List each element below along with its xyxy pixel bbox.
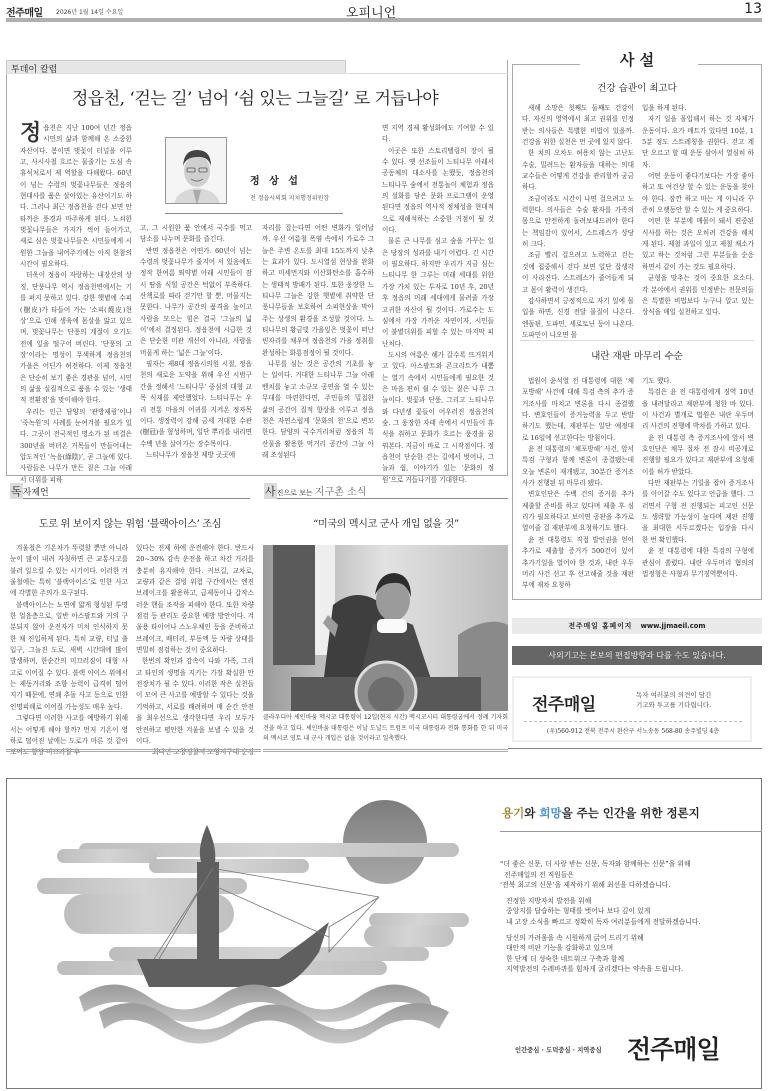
today-column-col1: 정읍천은 지난 100여 년간 정읍 시민의 삶과 함께해 온 소중한 자산이다…	[20, 123, 132, 486]
divider	[6, 73, 508, 74]
editorial-2-col2: 기도 했다. 특검은 윤 전 대통령에게 징역 10년을 내려달라고 재판부에 …	[642, 376, 754, 580]
section-title: 오피니언	[346, 2, 396, 21]
author-rule	[165, 213, 343, 214]
contrib-text-line: 기고와 투고를 기다립니다.	[636, 700, 711, 710]
ad-logo: 전주매일	[627, 1030, 720, 1066]
divider	[263, 749, 508, 752]
paragraph: 어떤 운동이 좋다기보다는 가장 좋아하고 또 여건상 할 수 있는 운동을 찾…	[642, 171, 754, 216]
ad-line: 지역발전의 수레바퀴를 힘차게 굴리겠다는 약속을 드립니다.	[500, 964, 762, 975]
label-rest: 자제언	[23, 488, 49, 498]
ad-line: 당신의 가려움을 속 시원하게 긁어 드리기 위해	[500, 933, 762, 944]
paragraph: 블랙아이스는 노면에 얇게 형성된 투명한 얼음층으로, 일반 아스팔트와 거의…	[10, 600, 128, 713]
editorial-1-col2: 입을 하게 된다. 자기 일을 몰입해서 하는 것 자체가 운동이다. 요가 매…	[642, 103, 754, 319]
paragraph: 윤 전 대통령에 대한 특검의 구형에 관심이 쏠렸다. 내란 우두머리 혐의의…	[642, 546, 754, 580]
paragraph: 읍천은 지난 100여 년간 정읍 시민의 삶과 함께해 온 소중한 자산이다.…	[20, 124, 132, 268]
paragraph: 감사하면서 긍정적으로 자기 일에 몰입을 하면, 신경 전달 물질이 나온다.…	[522, 296, 634, 341]
paragraph: 있다는 전제 하에 운전해야 한다. 반드시 20~30% 감속 운전을 하고 …	[136, 543, 254, 656]
editorial-1-col1: 새해 소망은 첫째도 둘째도 건강이다. 자신의 영역에서 최고 권위를 인정받…	[522, 103, 634, 341]
paragraph: 조금이라도 시간이 나면 걸으려고 노력한다. 의사들은 수술 환자를 가족의 …	[522, 194, 634, 251]
contrib-text-line: 독자 여러분의 의견이 담긴	[636, 690, 711, 700]
paragraph: 도시의 여름은 해가 갈수록 뜨거워지고 있다. 아스팔트와 콘크리트가 내뿜는…	[382, 350, 494, 486]
ad-line: 중앙지를 답습하는 형태를 벗어나 보다 깊이 있게	[500, 906, 762, 917]
paragraph: 겨울철은 기온차가 뚜렷할 뿐만 아니라 눈이 많이 내려 자칫하면 큰 교통사…	[10, 543, 128, 600]
editorial-title-2: 내란 재판 마무리 수순	[512, 348, 762, 362]
author-portrait-icon	[166, 138, 227, 204]
issue-date: 2026년 1월 14일 수요일	[56, 7, 123, 16]
divider	[500, 831, 762, 832]
label-initial: 사	[264, 483, 277, 499]
reader-column-title: 도로 위 보이지 않는 위험 ‘블랙아이스’ 조심	[10, 515, 250, 530]
ad-line: 대안적 비판 기능을 강화하고 있으며	[500, 943, 762, 954]
paragraph: 필자는 제8대 정읍시의원 시절, 정읍천의 새로운 도약을 위해 우선 시범구…	[140, 359, 252, 450]
paragraph: 반면 정읍천은 어떤가. 60년이 넘는 수령의 벚꽃나무가 줄지어 서 있음에…	[140, 246, 252, 359]
paragraph: 자리를 잡는다면 어떤 변화가 일어날까. 우선 여름철 폭염 속에서 가로수 …	[262, 223, 374, 359]
photo-caption: 클라우디아 셰인바움 멕시코 대통령이 12일(현지 시간) 멕시코시티 대통령…	[263, 713, 508, 745]
contrib-logo: 전주매일	[532, 690, 596, 715]
today-column-col4: 면 지역 경제 활성화에도 기여할 수 있다. 이곳은 또한 스토리텔링의 장이…	[382, 123, 494, 486]
sailboat-illustration-icon	[29, 797, 479, 1047]
page-number: 13	[744, 1, 762, 17]
ad-headline-courage: 용기	[502, 806, 524, 820]
paragraph: 한번의 확인과 감속이 나와 가족, 그리고 타인의 생명을 지키는 가장 확실…	[136, 656, 254, 747]
paragraph: 더욱이 정읍이 자랑하는 내장산의 상징, 단풍나무 역시 정읍천변에서는 기를…	[20, 270, 132, 406]
photo-news-label: 사진으로 보는 지구촌 소식	[264, 483, 508, 499]
ad-headline-part: 와	[524, 806, 539, 820]
homepage-name: 전주매일 홈페이지	[568, 622, 632, 630]
paragraph: 느티나무가 정읍천 제방 곳곳에	[140, 450, 252, 461]
page-header: 전주매일 2026년 1월 14일 수요일 오피니언 13	[6, 0, 762, 22]
paragraph: 법원이 윤석열 전 대통령에 대한 ‘체포방해’ 사건에 대해 특검 측의 추가…	[522, 376, 634, 444]
disclaimer-banner: 사외기고는 본보의 편집방향과 다를 수도 있습니다.	[512, 646, 762, 665]
paragraph: 어떤 한 부분에 매몰이 돼서 편중된 식사를 하는 것은 오히려 건강을 해치…	[642, 216, 754, 273]
news-photo	[263, 545, 508, 711]
dropcap: 정	[20, 123, 41, 143]
paragraph: 자기 일을 몰입해서 하는 것 자체가 운동이다. 요가 매트가 있다면 10분…	[642, 114, 754, 171]
ad-line: “더 좋은 신문, 더 사랑 받는 신문, 독자와 함께하는 신문”을 위해	[500, 859, 762, 870]
label-rest: 지구촌 소식	[315, 487, 366, 498]
paragraph: 면 지역 경제 활성화에도 기여할 수 있다.	[382, 123, 494, 146]
paragraph: 기도 했다.	[642, 376, 754, 387]
author-name: 정 상 섭	[250, 172, 301, 187]
label-mid: 진으로 보는	[277, 489, 315, 497]
ad-body: “더 좋은 신문, 더 사랑 받는 신문, 독자와 함께하는 신문”을 위해 전…	[500, 859, 762, 975]
contrib-text: 독자 여러분의 의견이 담긴 기고와 투고를 기다립니다.	[636, 690, 711, 710]
paragraph: 새해 소망은 첫째도 둘째도 건강이다. 자신의 영역에서 최고 권위를 인정받…	[522, 103, 634, 148]
president-at-podium-photo-icon	[263, 545, 508, 711]
paragraph: 물론 큰 나무를 심고 숲을 가꾸는 일은 당장의 성과를 내기 어렵다. 긴 …	[382, 236, 494, 349]
paragraph: 한 치의 오차도 허용치 않는 고난도 수술, 밀려드는 환자들을 대하는 의대…	[522, 148, 634, 193]
ad-headline-part: 을 주는 인간을 위한 정론지	[562, 806, 700, 820]
masthead-logo: 전주매일	[6, 4, 43, 19]
ad-line: ‘전북 최고의 신문’을 제작하기 위해 최선을 다하겠습니다.	[500, 880, 762, 891]
paragraph: 균형을 맞추는 것이 중요한 요소다. 각 분야에서 권위를 인정받는 전문의들…	[642, 273, 754, 318]
ad-headline-hope: 희망	[539, 806, 561, 820]
paragraph: 변호인단은 수백 건의 증거를 추가 제출할 준비를 하고 있다며 제출 후 심…	[522, 489, 634, 534]
ad-slogan: 인간중심 · 도덕중심 · 지역중심	[515, 1045, 602, 1054]
paragraph: 나무를 심는 것은 공간의 기초를 놓는 일이다. 거대한 느티나무 그늘 아래…	[262, 359, 374, 461]
homepage-url-link[interactable]: www.jjmaeil.com	[641, 622, 706, 630]
editorial-heading: 사 설	[512, 49, 762, 70]
author-title: 전 정읍시의회 지치행정위원장	[250, 193, 329, 202]
divider	[520, 340, 754, 341]
editorial-title-1: 건강 습관이 최고다	[512, 80, 762, 94]
ad-line: 한 단계 더 성숙한 네트워크 구축과 함께	[500, 954, 762, 965]
today-column-tab: 투데이 칼럼	[6, 60, 346, 74]
reader-column-label: 독자제언	[10, 483, 250, 499]
ad-line: 전주매일의 전 직원들은	[500, 870, 762, 881]
paragraph: 다만 재판부는 기일을 잡아 증거조사를 이어갈 수도 있다고 언급을 했다. …	[642, 478, 754, 546]
paragraph: 윤 전 대통령의 ‘체포방해’ 사건, 앞서 특검 구형과 함께 변론이 종결됐…	[522, 444, 634, 489]
paragraph: 이곳은 또한 스토리텔링의 장이 될 수 있다. 옛 선조들이 느티나무 아래서…	[382, 146, 494, 237]
divider	[508, 748, 762, 749]
reader-column-col1: 겨울철은 기온차가 뚜렷할 뿐만 아니라 눈이 많이 내려 자칫하면 큰 교통사…	[10, 543, 128, 759]
contribution-box: 전주매일 독자 여러분의 의견이 담긴 기고와 투고를 기다립니다. (우)56…	[512, 676, 752, 742]
paragraph: 입을 하게 된다.	[642, 103, 754, 114]
paragraph: 우리는 인근 담양의 ‘관방제림’이나 ‘죽녹원’의 사례를 눈여겨볼 필요가 …	[20, 407, 132, 486]
homepage-box[interactable]: 전주매일 홈페이지 www.jjmaeil.com	[512, 618, 762, 634]
divider	[524, 721, 742, 722]
contrib-address: (우)560-912 전북 전주시 완산구 서노송동 568-80 송주빌딩 4…	[522, 726, 744, 735]
paragraph: 고, 그 시원한 품 안에서 국수를 먹고 담소를 나누며 문화를 즐긴다.	[140, 223, 252, 246]
today-column-col2: 고, 그 시원한 품 안에서 국수를 먹고 담소를 나누며 문화를 즐긴다. 반…	[140, 223, 252, 461]
today-column-col3: 자리를 잡는다면 어떤 변화가 일어날까. 우선 여름철 폭염 속에서 가로수 …	[262, 223, 374, 461]
photo-news-title: “미국의 멕시코 군사 개입 없을 것”	[264, 515, 508, 530]
author-photo	[165, 137, 227, 204]
paragraph: 윤 전 대통령 측 증거조사에 앞서 변호인단은 채무 절차 전 잠시 비공개로…	[642, 433, 754, 478]
ad-line: 진정한 지방자치 발전을 위해	[500, 896, 762, 907]
paragraph: 특검은 윤 전 대통령에게 징역 10년을 내려달라고 재판부에 청한 바 있다…	[642, 387, 754, 432]
editorial-2-col1: 법원이 윤석열 전 대통령에 대한 ‘체포방해’ 사건에 대해 특검 측의 추가…	[522, 376, 634, 592]
paragraph: 조금 빨리 걸으려고 노력하고 걷는 것에 집중해서 걷다 보면 일단 잡생각이…	[522, 250, 634, 295]
divider	[6, 749, 261, 752]
reader-column-col2: 있다는 전제 하에 운전해야 한다. 반드시 20~30% 감속 운전을 하고 …	[136, 543, 254, 759]
ad-line: 내 고장 소식을 빠르고 정확히 독자 여러분들에게 전달하겠습니다.	[500, 917, 762, 928]
ad-headline: 용기와 희망을 주는 인간을 위한 정론지	[502, 805, 700, 821]
today-column-title: 정읍천, ‘걷는 길’ 넘어 ‘쉼 있는 그늘길’ 로 거듭나야	[20, 84, 490, 109]
label-initial: 독	[10, 483, 23, 499]
paragraph: 윤 전 대통령도 직접 발언권을 얻어 추가로 제출할 증거가 500건이 있어…	[522, 535, 634, 592]
